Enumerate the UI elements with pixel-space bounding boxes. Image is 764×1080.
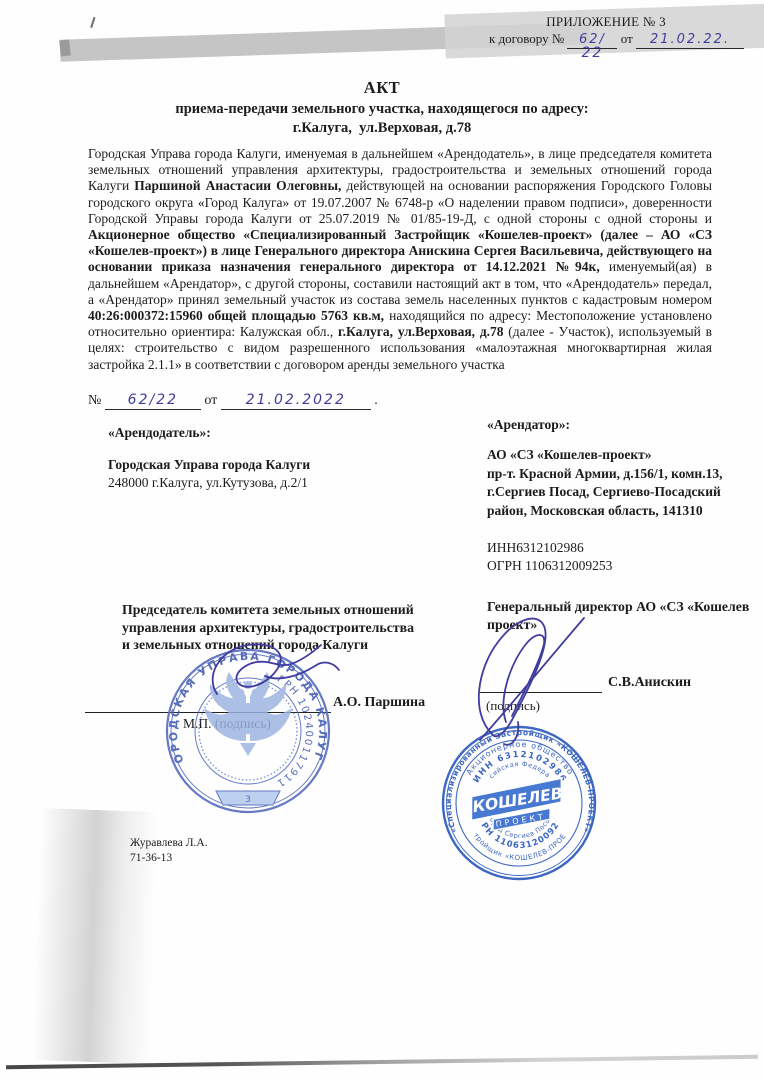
stamp-banner: 3	[216, 791, 280, 805]
scan-tick-mark	[84, 15, 95, 28]
tenant-address-lines: АО «СЗ «Кошелев-проект»пр-т. Красной Арм…	[487, 446, 755, 520]
ref-period: .	[374, 393, 378, 408]
landlord-address: 248000 г.Калуга, ул.Кутузова, д.2/1	[108, 474, 408, 492]
tenant-inn: ИНН6312102986	[487, 539, 755, 557]
body-text-bold-segment: Паршиной Анастасии Олеговны,	[134, 178, 341, 193]
left-signer-title-line: управления архитектуры, градостроительст…	[122, 619, 492, 637]
contract-date-field: 21.02.22.	[636, 30, 744, 49]
left-signer-name: А.О. Паршина	[333, 695, 425, 711]
handwritten-contract-date: 21.02.22.	[650, 32, 730, 47]
document-title-block: АКТ приема-передачи земельного участка, …	[0, 78, 764, 137]
appendix-label: ПРИЛОЖЕНИЕ № 3	[489, 13, 666, 30]
executor-name: Журавлева Л.А.	[130, 836, 208, 851]
tenant-address-line: пр-т. Красной Армии, д.156/1, комн.13,	[487, 465, 755, 484]
body-paragraph: Городская Управа города Калуги, именуема…	[88, 146, 712, 373]
handwritten-ref-number: 62/22	[128, 392, 178, 408]
ref-no-label: №	[88, 393, 101, 408]
scan-band-edge	[59, 40, 71, 57]
tenant-registration: ИНН6312102986 ОГРН 1106312009253	[487, 539, 755, 575]
tenant-address-line: АО «СЗ «Кошелев-проект»	[487, 446, 755, 465]
executor-footer: Журавлева Л.А. 71-36-13	[130, 836, 208, 866]
ref-date-field: 21.02.2022	[221, 392, 371, 410]
tenant-block: «Арендатор»: АО «СЗ «Кошелев-проект»пр-т…	[487, 416, 755, 575]
title-address: г.Калуга, ул.Верховая, д.78	[0, 120, 764, 137]
title-act: АКТ	[0, 78, 764, 98]
from-label: от	[621, 31, 633, 46]
body-text-bold-segment: 40:26:000372:15960 общей площадью 5763 к…	[88, 308, 384, 323]
contract-prefix: к договору №	[489, 31, 564, 46]
tenant-ogrn: ОГРН 1106312009253	[487, 557, 755, 575]
appendix-header: ПРИЛОЖЕНИЕ № 3 к договору № 62/22 от 21.…	[489, 13, 744, 49]
tenant-address-line: г.Сергиев Посад, Сергиево-Посадский	[487, 483, 755, 502]
scanned-document-page: ПРИЛОЖЕНИЕ № 3 к договору № 62/22 от 21.…	[0, 0, 764, 1080]
handwritten-number-denominator: 22	[581, 45, 603, 62]
landlord-label: «Арендодатель»:	[108, 424, 408, 442]
title-subtitle: приема-передачи земельного участка, нахо…	[0, 101, 764, 118]
contract-number-field: 62/22	[567, 30, 617, 49]
ref-number-field: 62/22	[105, 392, 201, 410]
kaluga-stamp-banner-number: 3	[245, 795, 251, 805]
landlord-block: «Арендодатель»: Городская Управа города …	[108, 424, 408, 492]
left-signer-title-line: Председатель комитета земельных отношени…	[122, 601, 492, 619]
tenant-address-line: район, Московская область, 141310	[487, 502, 755, 521]
right-signer-name: С.В.Анискин	[608, 675, 691, 691]
contract-ref-line: № 62/22 от 21.02.2022 .	[88, 392, 378, 410]
tenant-label: «Арендатор»:	[487, 416, 755, 434]
executor-phone: 71-36-13	[130, 851, 208, 866]
aniskin-signature-icon	[462, 604, 614, 752]
handwritten-ref-date: 21.02.2022	[246, 392, 346, 408]
ref-from-label: от	[204, 393, 217, 408]
body-text-bold-segment: г.Калуга, ул.Верховая, д.78	[338, 324, 504, 339]
parshina-signature-icon	[205, 636, 345, 714]
contract-reference-line: к договору № 62/22 от 21.02.22.	[489, 30, 744, 49]
landlord-name: Городская Управа города Калуги	[108, 456, 408, 474]
